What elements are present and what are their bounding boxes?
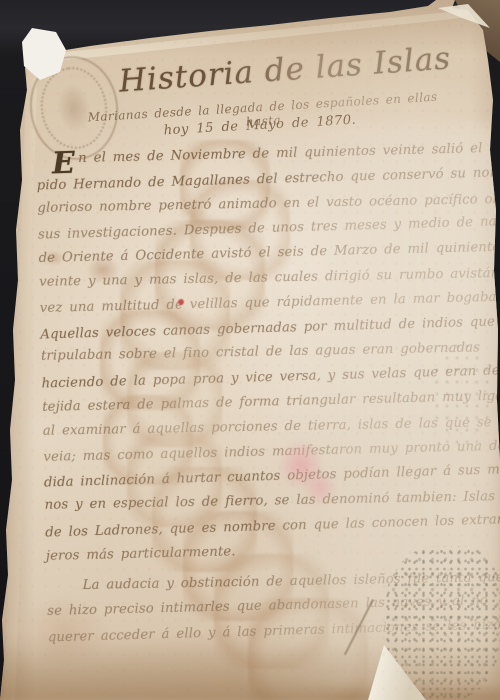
manuscript-page: Historia de las Islas Marianas desde la … [0, 0, 500, 700]
paper-grain-texture [0, 0, 500, 700]
photo-of-manuscript: Historia de las Islas Marianas desde la … [0, 0, 500, 700]
